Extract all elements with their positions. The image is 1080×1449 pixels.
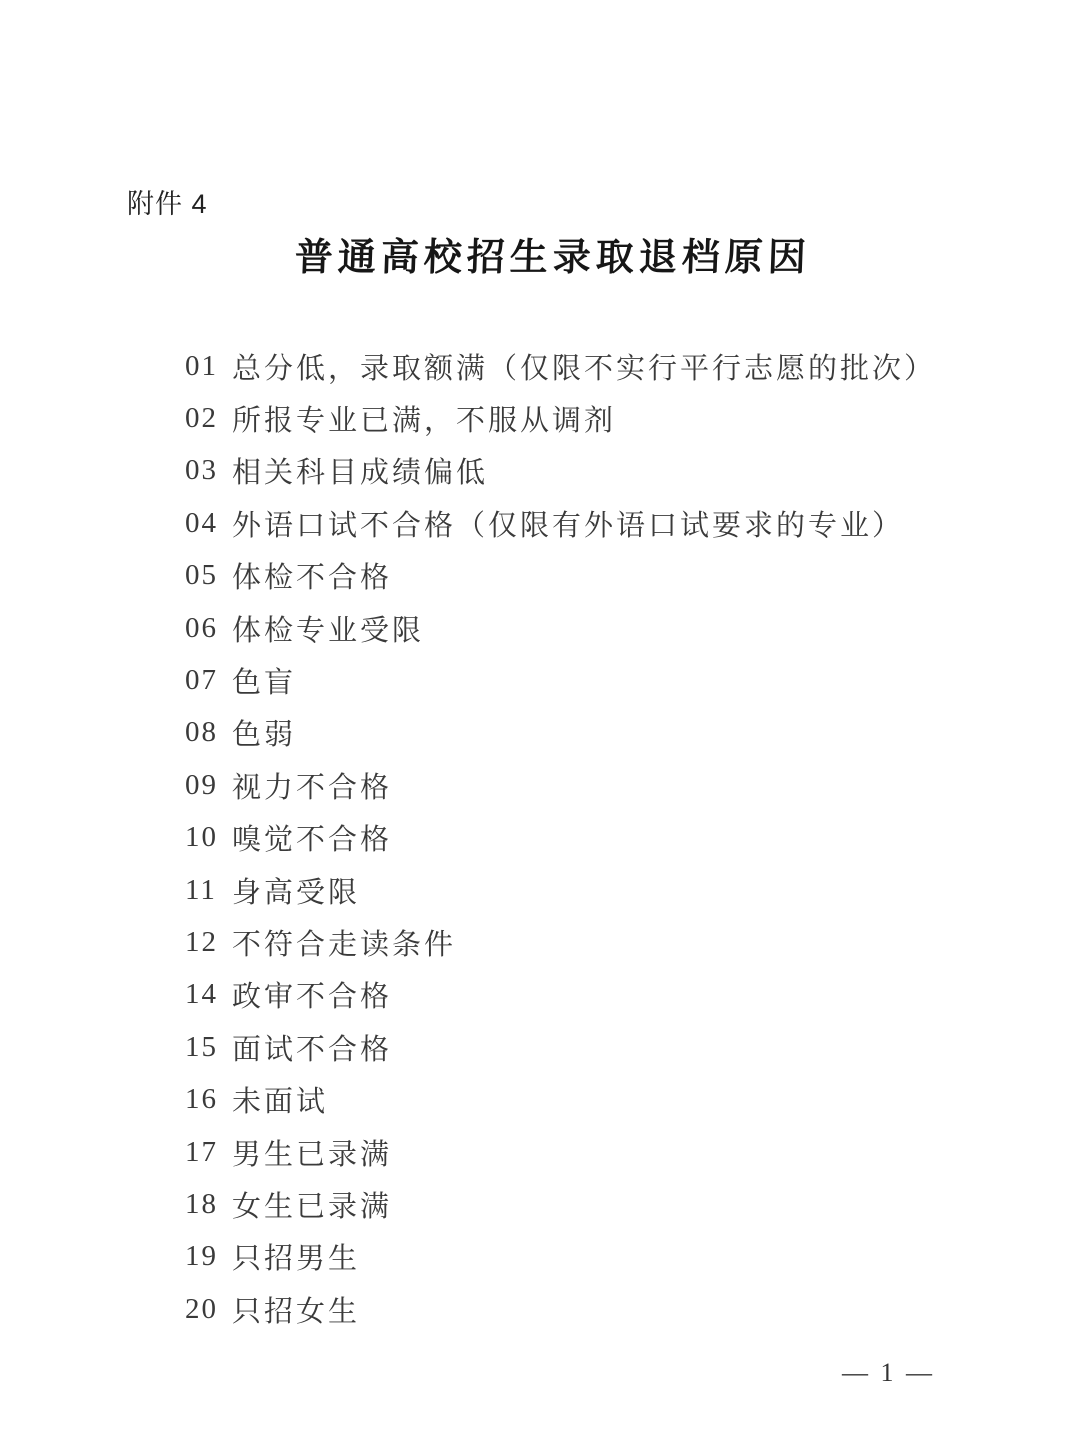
document-title: 普通高校招生录取退档原因 (294, 226, 812, 281)
item-text: 视力不合格 (232, 765, 392, 806)
item-code: 08 (185, 716, 218, 749)
list-item: 03 相关科目成绩偏低 (185, 445, 936, 497)
list-item: 14 政审不合格 (185, 969, 936, 1021)
item-code: 02 (185, 402, 218, 435)
item-text: 只招男生 (232, 1236, 360, 1277)
item-code: 01 (185, 350, 218, 383)
item-code: 16 (185, 1083, 218, 1116)
item-code: 17 (185, 1136, 218, 1169)
item-text: 不符合走读条件 (232, 922, 456, 963)
item-code: 14 (185, 978, 218, 1011)
item-code: 20 (185, 1293, 218, 1326)
list-item: 07 色盲 (185, 654, 936, 706)
item-code: 09 (185, 769, 218, 802)
item-code: 18 (185, 1188, 218, 1221)
item-text: 色弱 (232, 712, 296, 753)
item-text: 总分低，录取额满（仅限不实行平行志愿的批次） (232, 346, 936, 387)
list-item: 02 所报专业已满，不服从调剂 (185, 392, 936, 444)
list-item: 16 未面试 (185, 1073, 936, 1125)
list-item: 17 男生已录满 (185, 1126, 936, 1178)
item-text: 身高受限 (232, 870, 360, 911)
item-code: 04 (185, 507, 218, 540)
attachment-label: 附件 4 (127, 182, 208, 221)
list-item: 12 不符合走读条件 (185, 916, 936, 968)
list-item: 19 只招男生 (185, 1231, 936, 1283)
list-item: 20 只招女生 (185, 1283, 936, 1335)
reason-list: 01 总分低，录取额满（仅限不实行平行志愿的批次） 02 所报专业已满，不服从调… (185, 340, 936, 1335)
item-text: 相关科目成绩偏低 (232, 450, 488, 491)
list-item: 04 外语口试不合格（仅限有外语口试要求的专业） (185, 497, 936, 549)
list-item: 08 色弱 (185, 707, 936, 759)
list-item: 09 视力不合格 (185, 759, 936, 811)
page-number: — 1 — (842, 1358, 935, 1388)
item-code: 15 (185, 1031, 218, 1064)
item-text: 所报专业已满，不服从调剂 (232, 398, 616, 439)
list-item: 18 女生已录满 (185, 1178, 936, 1230)
item-code: 07 (185, 664, 218, 697)
item-text: 只招女生 (232, 1289, 360, 1330)
item-code: 19 (185, 1240, 218, 1273)
item-text: 色盲 (232, 660, 296, 701)
item-text: 男生已录满 (232, 1132, 392, 1173)
item-code: 03 (185, 454, 218, 487)
item-text: 嗅觉不合格 (232, 817, 392, 858)
document-page: 附件 4 普通高校招生录取退档原因 01 总分低，录取额满（仅限不实行平行志愿的… (0, 0, 1080, 1449)
item-text: 女生已录满 (232, 1184, 392, 1225)
list-item: 01 总分低，录取额满（仅限不实行平行志愿的批次） (185, 340, 936, 392)
item-code: 06 (185, 612, 218, 645)
item-text: 未面试 (232, 1079, 328, 1120)
item-text: 体检不合格 (232, 555, 392, 596)
list-item: 06 体检专业受限 (185, 602, 936, 654)
item-code: 10 (185, 821, 218, 854)
list-item: 15 面试不合格 (185, 1021, 936, 1073)
item-text: 外语口试不合格（仅限有外语口试要求的专业） (232, 503, 904, 544)
item-code: 12 (185, 926, 218, 959)
item-code: 05 (185, 559, 218, 592)
item-text: 面试不合格 (232, 1027, 392, 1068)
item-code: 11 (185, 874, 218, 907)
item-text: 政审不合格 (232, 974, 392, 1015)
list-item: 10 嗅觉不合格 (185, 812, 936, 864)
item-text: 体检专业受限 (232, 608, 424, 649)
list-item: 05 体检不合格 (185, 550, 936, 602)
list-item: 11 身高受限 (185, 864, 936, 916)
